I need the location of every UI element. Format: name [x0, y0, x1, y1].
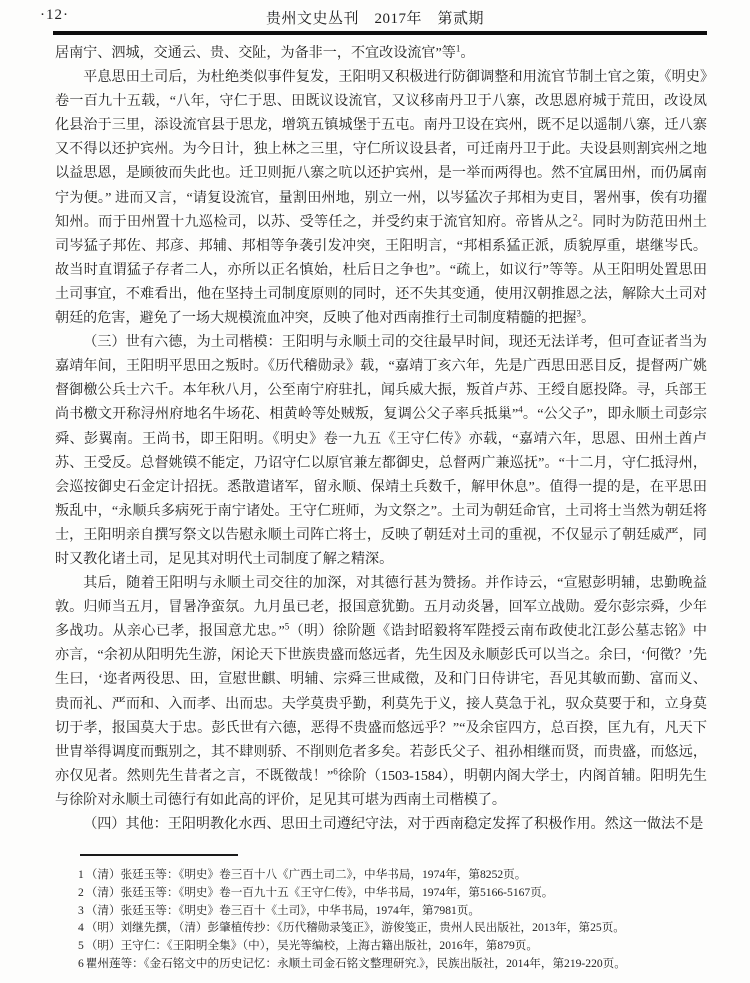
footnote-number: 3: [78, 904, 84, 917]
footnote-number: 5: [78, 939, 84, 952]
body-paragraph: 居南宁、泗城，交通云、贵、交阯，为备非一，不宜改设流官”等1。: [55, 41, 707, 65]
footnote: 2（清）张廷玉等：《明史》卷一百九十五《王守仁传》，中华书局，1974年，第51…: [78, 884, 707, 902]
journal-title: 贵州文史丛刊 2017年 第贰期: [0, 7, 750, 28]
body-paragraph: （三）世有六德，为土司楷模：王阳明与永顺土司的交往最早时间，现还无法详考，但可查…: [55, 330, 707, 571]
body-paragraph: 其后，随着王阳明与永顺土司交往的加深，对其德行甚为赞扬。并作诗云，“宣慰彭明辅，…: [55, 571, 707, 812]
footnote-number: 4: [78, 921, 84, 934]
body-paragraph: （四）其他：王阳明教化水西、思田土司遵纪守法，对于西南稳定发挥了积极作用。然这一…: [55, 812, 707, 836]
footnote-marker: 3: [576, 308, 581, 318]
footnote-marker: 1: [456, 43, 461, 53]
header-rule: [53, 31, 707, 35]
footnote: 4（明）刘继先撰，（清）彭肇植传抄：《历代稽勋录笺正》，游俊笺正，贵州人民出版社…: [78, 919, 707, 937]
journal-page: ·12· 贵州文史丛刊 2017年 第贰期 居南宁、泗城，交通云、贵、交阯，为备…: [0, 0, 750, 983]
footnote: 1（清）张廷玉等：《明史》卷三百十八《广西土司二》，中华书局，1974年，第82…: [78, 866, 707, 884]
footnote-number: 6: [78, 957, 84, 970]
footnote-number: 2: [78, 886, 84, 899]
page-header: ·12· 贵州文史丛刊 2017年 第贰期: [0, 7, 750, 29]
footnote: 3（清）张廷玉等：《明史》卷三百十《土司》，中华书局，1974年，第7981页。: [78, 902, 707, 920]
footnote-separator: [80, 854, 238, 856]
body-paragraph: 平息思田土司后，为杜绝类似事件复发，王阳明又积极进行防御调整和用流官节制土官之策…: [55, 65, 707, 330]
footnote-marker: 5: [285, 622, 290, 632]
footnote: 5（明）王守仁：《王阳明全集》（中），吴光等编校，上海古籍出版社，2016年，第…: [78, 937, 707, 955]
footnote-marker: 2: [573, 212, 578, 222]
article-body: 居南宁、泗城，交通云、贵、交阯，为备非一，不宜改设流官”等1。平息思田土司后，为…: [55, 41, 707, 836]
footnote: 6瞿州莲等：《金石铭文中的历史记忆：永顺土司金石铭文整理研究.》，民族出版社，2…: [78, 955, 707, 973]
footnote-marker: 4: [518, 405, 523, 415]
footnotes-list: 1（清）张廷玉等：《明史》卷三百十八《广西土司二》，中华书局，1974年，第82…: [78, 866, 707, 973]
footnote-number: 1: [78, 868, 84, 881]
footnote-marker: 6: [333, 766, 338, 776]
